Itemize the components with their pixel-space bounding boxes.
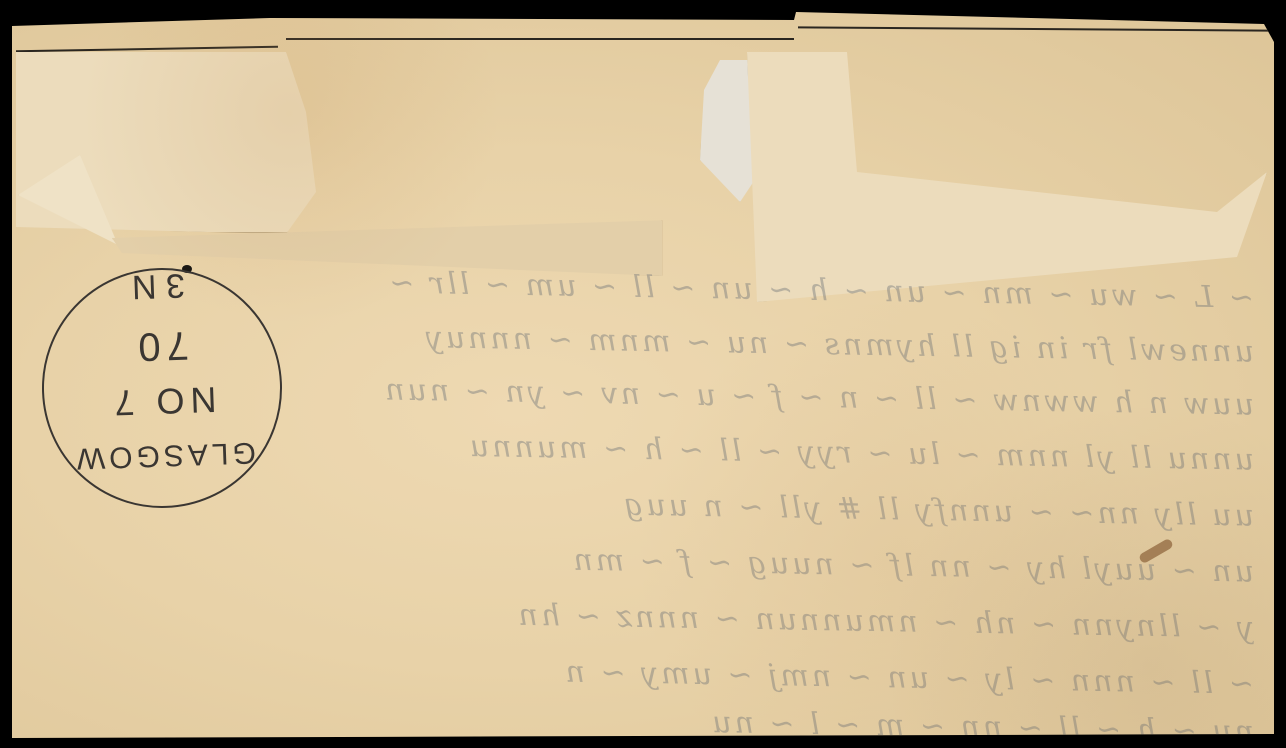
postmark-date: NO 7: [44, 376, 281, 426]
show-through-handwriting-line: y ~ llnynn ~ nh ~ nmunnun ~ nnnz ~ hn: [32, 589, 1254, 645]
show-through-handwriting-line: nu ~ h ~ ll ~ nn ~ m ~ l ~ nu: [32, 693, 1254, 748]
ruled-line-mid: [286, 38, 794, 40]
postmark-code: 3 N: [40, 262, 277, 309]
ruled-line-right: [798, 26, 1268, 31]
show-through-handwriting-line: un ~ uuyl hy ~ nn lf ~ nuug ~ f ~ mn: [32, 533, 1254, 589]
fold-flap-left: [16, 52, 736, 232]
fold-flap-right: [747, 52, 1267, 302]
ruled-line-left: [16, 46, 278, 53]
postmark-year: 70: [42, 319, 279, 372]
show-through-handwriting-line: ~ ll ~ nnn ~ ly ~ un ~ nmj ~ umy ~ n: [32, 645, 1254, 701]
postmark-city: GLASGOW: [46, 434, 283, 476]
